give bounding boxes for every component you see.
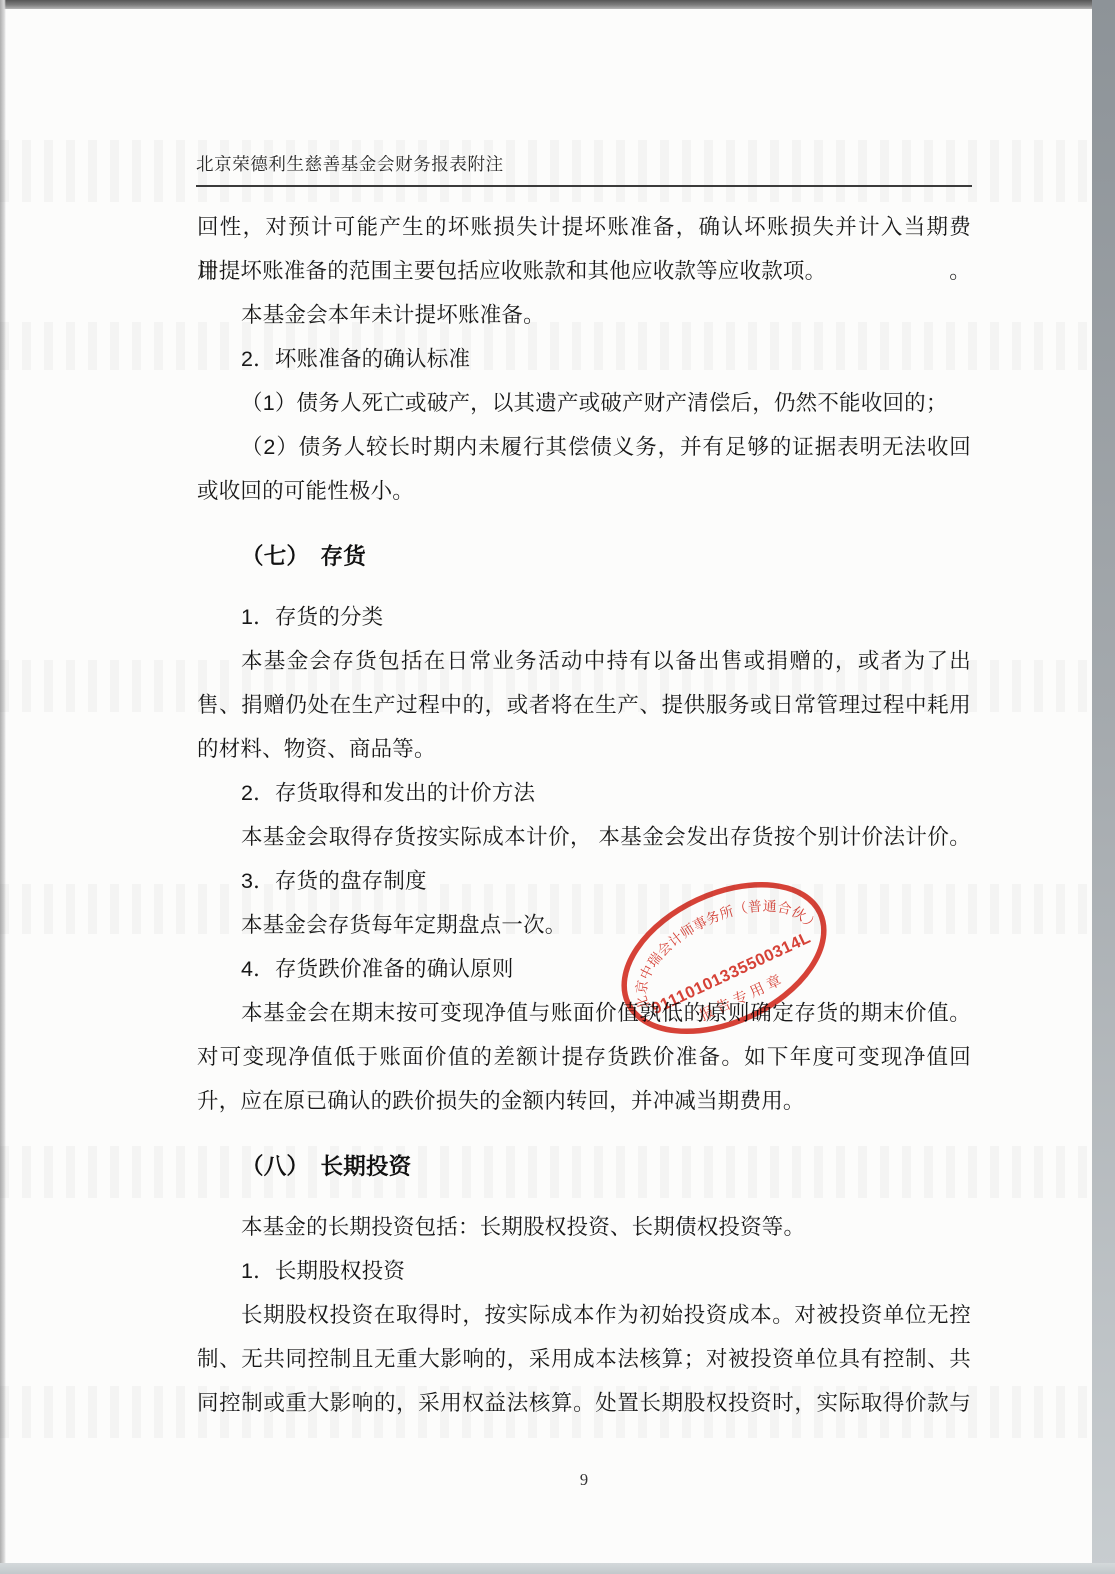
document-header-title: 北京荣德利生慈善基金会财务报表附注 <box>196 151 972 187</box>
text-line: 1．长期股权投资 <box>197 1249 971 1293</box>
text-line: 1．存货的分类 <box>197 595 971 639</box>
text-line: 2．存货取得和发出的计价方法 <box>197 771 971 815</box>
section-heading: （七） 存货 <box>197 535 971 579</box>
text-line: 对可变现净值低于账面价值的差额计提存货跌价准备。如下年度可变现净值回 <box>197 1035 971 1079</box>
text-line: 2．坏账准备的确认标准 <box>197 337 971 381</box>
text-line: 长期股权投资在取得时，按实际成本作为初始投资成本。对被投资单位无控 <box>197 1293 971 1337</box>
text-line: 升，应在原已确认的跌价损失的金额内转回，并冲减当期费用。 <box>197 1079 971 1123</box>
page-number: 9 <box>197 1462 971 1498</box>
section-heading: （八） 长期投资 <box>197 1145 971 1189</box>
text-line: 本基金会本年未计提坏账准备。 <box>197 293 971 337</box>
document-body: 回性，对预计可能产生的坏账损失计提坏账准备，确认坏账损失并计入当期费用。计提坏账… <box>197 205 971 1425</box>
scanned-document-page: 北京荣德利生慈善基金会财务报表附注 回性，对预计可能产生的坏账损失计提坏账准备，… <box>0 0 1115 1574</box>
scan-edge-top <box>0 0 1115 9</box>
text-line: 3．存货的盘存制度 <box>197 859 971 903</box>
text-line: 本基金会存货每年定期盘点一次。 <box>197 903 971 947</box>
text-line: （1）债务人死亡或破产，以其遗产或破产财产清偿后，仍然不能收回的； <box>197 381 971 425</box>
text-line: 本基金会存货包括在日常业务活动中持有以备出售或捐赠的，或者为了出 <box>197 639 971 683</box>
official-seal: 北京中瑞会计师事务所（普通合伙） 91110101335500314L 报告专用… <box>613 872 835 1044</box>
text-line: 的材料、物资、商品等。 <box>197 727 971 771</box>
text-line: 4．存货跌价准备的确认原则 <box>197 947 971 991</box>
seal-graphic: 北京中瑞会计师事务所（普通合伙） 91110101335500314L 报告专用… <box>613 872 835 1044</box>
text-line: （2）债务人较长时期内未履行其偿债义务，并有足够的证据表明无法收回 <box>197 425 971 469</box>
text-line: 本基金会取得存货按实际成本计价， 本基金会发出存货按个别计价法计价。 <box>197 815 971 859</box>
scan-edge-right <box>1092 0 1115 1574</box>
text-line: 回性，对预计可能产生的坏账损失计提坏账准备，确认坏账损失并计入当期费用。 <box>197 205 971 249</box>
text-line: 或收回的可能性极小。 <box>197 469 971 513</box>
scan-edge-left <box>0 0 6 1574</box>
seal-oval-border <box>601 855 847 1061</box>
text-line: 本基金的长期投资包括：长期股权投资、长期债权投资等。 <box>197 1205 971 1249</box>
text-line: 售、捐赠仍处在生产过程中的，或者将在生产、提供服务或日常管理过程中耗用 <box>197 683 971 727</box>
text-line: 同控制或重大影响的，采用权益法核算。处置长期股权投资时，实际取得价款与 <box>197 1381 971 1425</box>
text-line: 本基金会在期末按可变现净值与账面价值孰低的原则确定存货的期末价值。 <box>197 991 971 1035</box>
scan-edge-bottom <box>0 1563 1115 1574</box>
text-line: 制、无共同控制且无重大影响的，采用成本法核算；对被投资单位具有控制、共 <box>197 1337 971 1381</box>
